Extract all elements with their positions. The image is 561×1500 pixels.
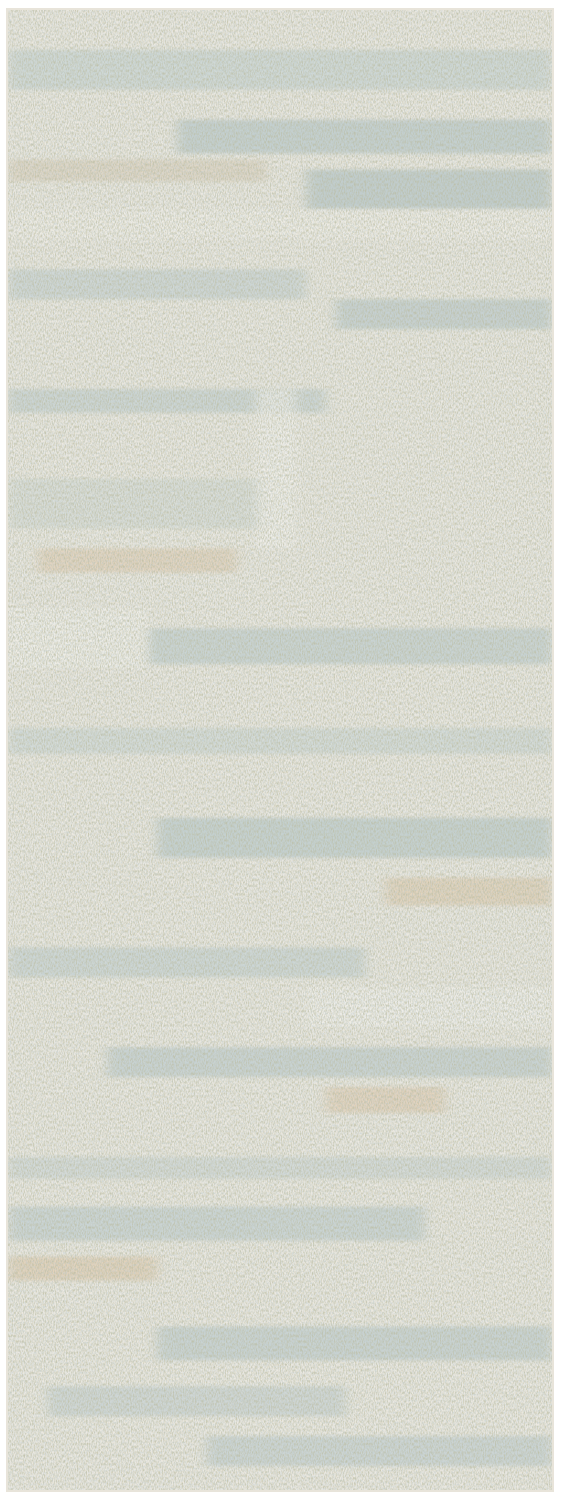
rug-runner: Abstract runner rug: [6, 8, 554, 1492]
rug-pattern: [8, 10, 552, 1490]
